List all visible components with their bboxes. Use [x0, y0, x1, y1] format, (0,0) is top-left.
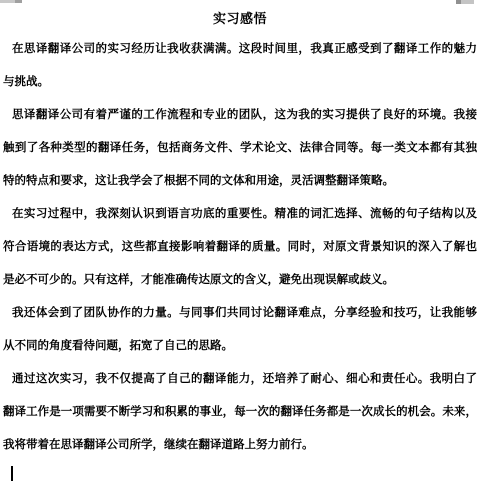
text-line[interactable]: 符合语境的表达方式，这些都直接影响着翻译的质量。同时，对原文背景知识的深入了解也	[3, 231, 477, 264]
paragraph: 在实习过程中，我深刻认识到语言功底的重要性。精准的词汇选择、流畅的句子结构以及 …	[3, 198, 477, 297]
text-line[interactable]: 翻译工作是一项需要不断学习和积累的事业，每一次的翻译任务都是一次成长的机会。未来…	[3, 396, 477, 429]
text-line[interactable]: 我将带着在思译翻译公司所学，继续在翻译道路上努力前行。	[3, 429, 477, 462]
text-line[interactable]: 特的特点和要求，这让我学会了根据不同的文体和用途，灵活调整翻译策略。	[3, 165, 477, 198]
paragraph: 通过这次实习，我不仅提高了自己的翻译能力，还培养了耐心、细心和责任心。我明白了 …	[3, 363, 477, 462]
text-area[interactable]: 实习感悟 在思译翻译公司的实习经历让我收获满满。这段时间里，我真正感受到了翻译工…	[3, 5, 477, 462]
text-caret	[11, 466, 13, 481]
text-line[interactable]: 触到了各种类型的翻译任务，包括商务文件、学术论文、法律合同等。每一类文本都有其独	[3, 132, 477, 165]
document-title[interactable]: 实习感悟	[3, 5, 477, 33]
text-line[interactable]: 与挑战。	[3, 66, 477, 99]
text-line[interactable]: 从不同的角度看待问题，拓宽了自己的思路。	[3, 330, 477, 363]
paragraph: 在思译翻译公司的实习经历让我收获满满。这段时间里，我真正感受到了翻译工作的魅力 …	[3, 33, 477, 99]
text-line[interactable]: 在实习过程中，我深刻认识到语言功底的重要性。精准的词汇选择、流畅的句子结构以及	[3, 198, 477, 231]
text-line[interactable]: 我还体会到了团队协作的力量。与同事们共同讨论翻译难点，分享经验和技巧，让我能够	[3, 297, 477, 330]
paragraph: 我还体会到了团队协作的力量。与同事们共同讨论翻译难点，分享经验和技巧，让我能够 …	[3, 297, 477, 363]
window-edge-fragment-right	[456, 0, 474, 4]
text-line[interactable]: 是必不可少的。只有这样，才能准确传达原文的含义，避免出现误解或歧义。	[3, 264, 477, 297]
document-page: 实习感悟 在思译翻译公司的实习经历让我收获满满。这段时间里，我真正感受到了翻译工…	[0, 0, 484, 495]
text-line[interactable]: 思译翻译公司有着严谨的工作流程和专业的团队，这为我的实习提供了良好的环境。我接	[3, 99, 477, 132]
text-line[interactable]: 通过这次实习，我不仅提高了自己的翻译能力，还培养了耐心、细心和责任心。我明白了	[3, 363, 477, 396]
paragraph: 思译翻译公司有着严谨的工作流程和专业的团队，这为我的实习提供了良好的环境。我接 …	[3, 99, 477, 198]
window-edge-fragment-left	[0, 0, 22, 3]
text-line[interactable]: 在思译翻译公司的实习经历让我收获满满。这段时间里，我真正感受到了翻译工作的魅力	[3, 33, 477, 66]
